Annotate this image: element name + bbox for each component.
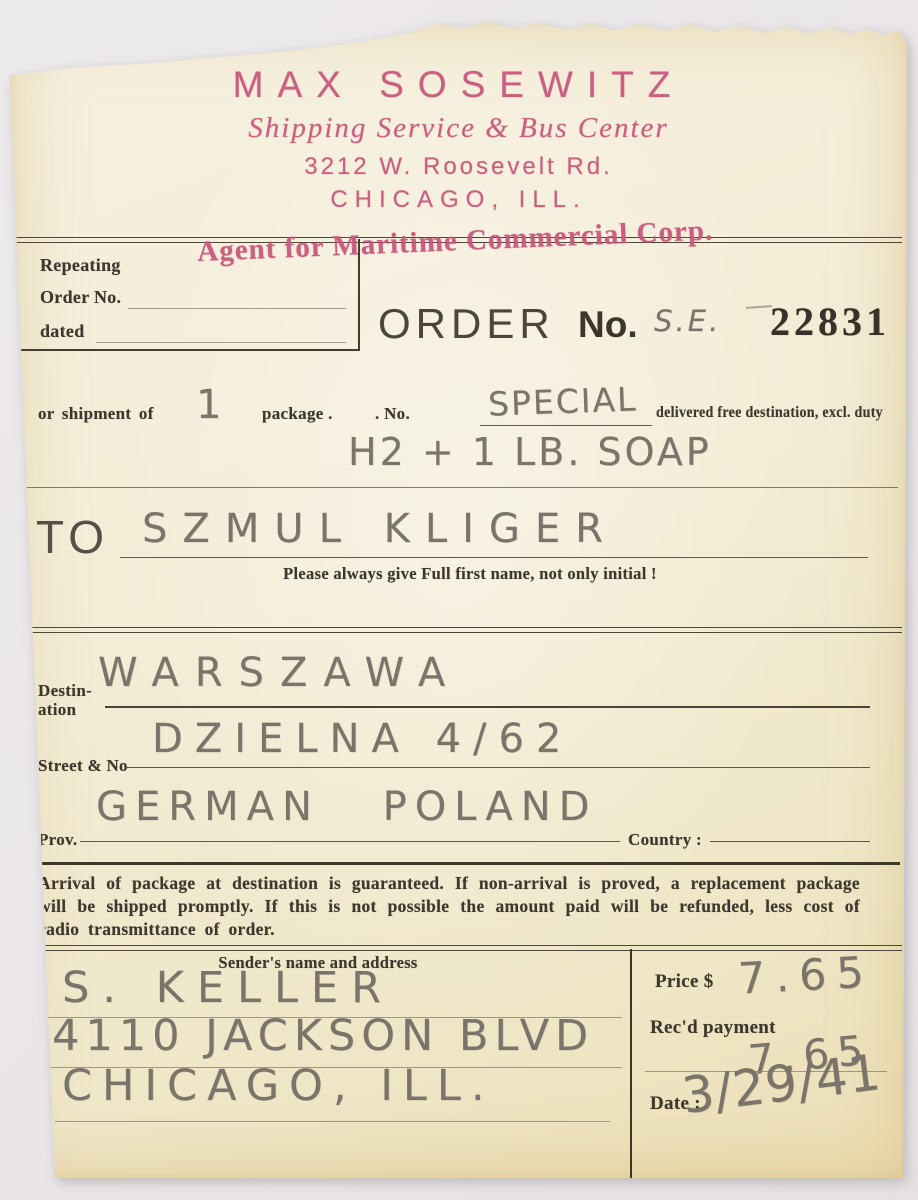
recipient-note: Please always give Full first name, not … xyxy=(160,564,780,584)
dated-blank xyxy=(96,341,346,343)
order-no-blank xyxy=(128,307,346,309)
paper-sheet: MAX SOSEWITZ Shipping Service & Bus Cent… xyxy=(10,18,907,1178)
order-number-prefix: S.E. xyxy=(654,304,721,338)
street-label: Street & No xyxy=(38,756,128,776)
special-value: SPECIAL xyxy=(487,379,638,423)
shipment-row: or shipment of 1 package . . No. SPECIAL… xyxy=(10,378,907,488)
business-address: 3212 W. Roosevelt Rd. xyxy=(10,153,907,181)
package-no-label: . No. xyxy=(375,404,410,424)
prov-blank xyxy=(80,840,620,842)
sender-line-3 xyxy=(55,1121,610,1122)
section-divider-2 xyxy=(12,627,902,633)
destination-city-value: WARSZAWA xyxy=(98,650,461,696)
column-divider xyxy=(630,949,632,1178)
order-no-label: Order No. xyxy=(40,287,121,308)
destination-section: Destin- ation WARSZAWA Street & No DZIEL… xyxy=(10,638,907,862)
order-number-row: ORDER No. S.E. 22831 xyxy=(378,294,898,356)
repeating-label: Repeating xyxy=(40,255,121,276)
price-value: 7.65 xyxy=(737,947,875,1004)
destination-label-line1: Destin- xyxy=(38,682,92,701)
special-blank xyxy=(480,424,652,426)
recipient-section: TO SZMUL KLIGER Please always give Full … xyxy=(10,498,907,618)
dated-label: dated xyxy=(40,321,85,342)
price-label: Price $ xyxy=(655,971,714,993)
sender-name-value: S. KELLER xyxy=(62,963,394,1013)
order-number: 22831 xyxy=(770,298,890,345)
destination-label-line2: ation xyxy=(38,701,92,720)
prov-label: Prov. xyxy=(38,830,77,850)
section-divider-3 xyxy=(14,862,900,865)
business-city: CHICAGO, ILL. xyxy=(10,186,907,214)
sender-city-value: CHICAGO, ILL. xyxy=(62,1061,495,1111)
receipt-document: MAX SOSEWITZ Shipping Service & Bus Cent… xyxy=(10,18,907,1178)
recipient-name-value: SZMUL KLIGER xyxy=(142,506,618,552)
business-header-stamp: MAX SOSEWITZ Shipping Service & Bus Cent… xyxy=(10,64,907,214)
section-divider-1 xyxy=(16,487,898,488)
country-blank xyxy=(710,840,870,842)
business-type: Shipping Service & Bus Center xyxy=(10,112,907,145)
prov-value: GERMAN POLAND xyxy=(96,784,597,830)
order-no-word: No. xyxy=(578,304,638,346)
destination-blank xyxy=(105,704,870,708)
date-value: 3/29/41 xyxy=(679,1043,884,1125)
to-label: TO xyxy=(36,510,109,564)
package-label: package . xyxy=(262,404,333,424)
destination-label: Destin- ation xyxy=(38,682,92,719)
country-label: Country : xyxy=(628,830,702,850)
shipment-tail-label: delivered free destination, excl. duty xyxy=(656,404,883,422)
package-qty-value: 1 xyxy=(196,382,221,428)
order-title: ORDER xyxy=(378,300,555,348)
sender-street-value: 4110 JACKSON BLVD xyxy=(52,1011,594,1061)
business-name: MAX SOSEWITZ xyxy=(10,64,907,106)
contents-value: H2 + 1 LB. SOAP xyxy=(348,430,712,474)
shipment-lead-label: or shipment of xyxy=(38,404,154,424)
street-value: DZIELNA 4/62 xyxy=(152,716,573,762)
recipient-blank xyxy=(120,556,868,558)
pencil-mark xyxy=(746,305,772,309)
repeating-order-box: Repeating Order No. dated xyxy=(18,239,360,351)
guarantee-text: Arrival of package at destination is gua… xyxy=(38,872,860,941)
sender-payment-section: Sender's name and address S. KELLER 4110… xyxy=(10,949,907,1178)
street-blank xyxy=(125,766,870,768)
